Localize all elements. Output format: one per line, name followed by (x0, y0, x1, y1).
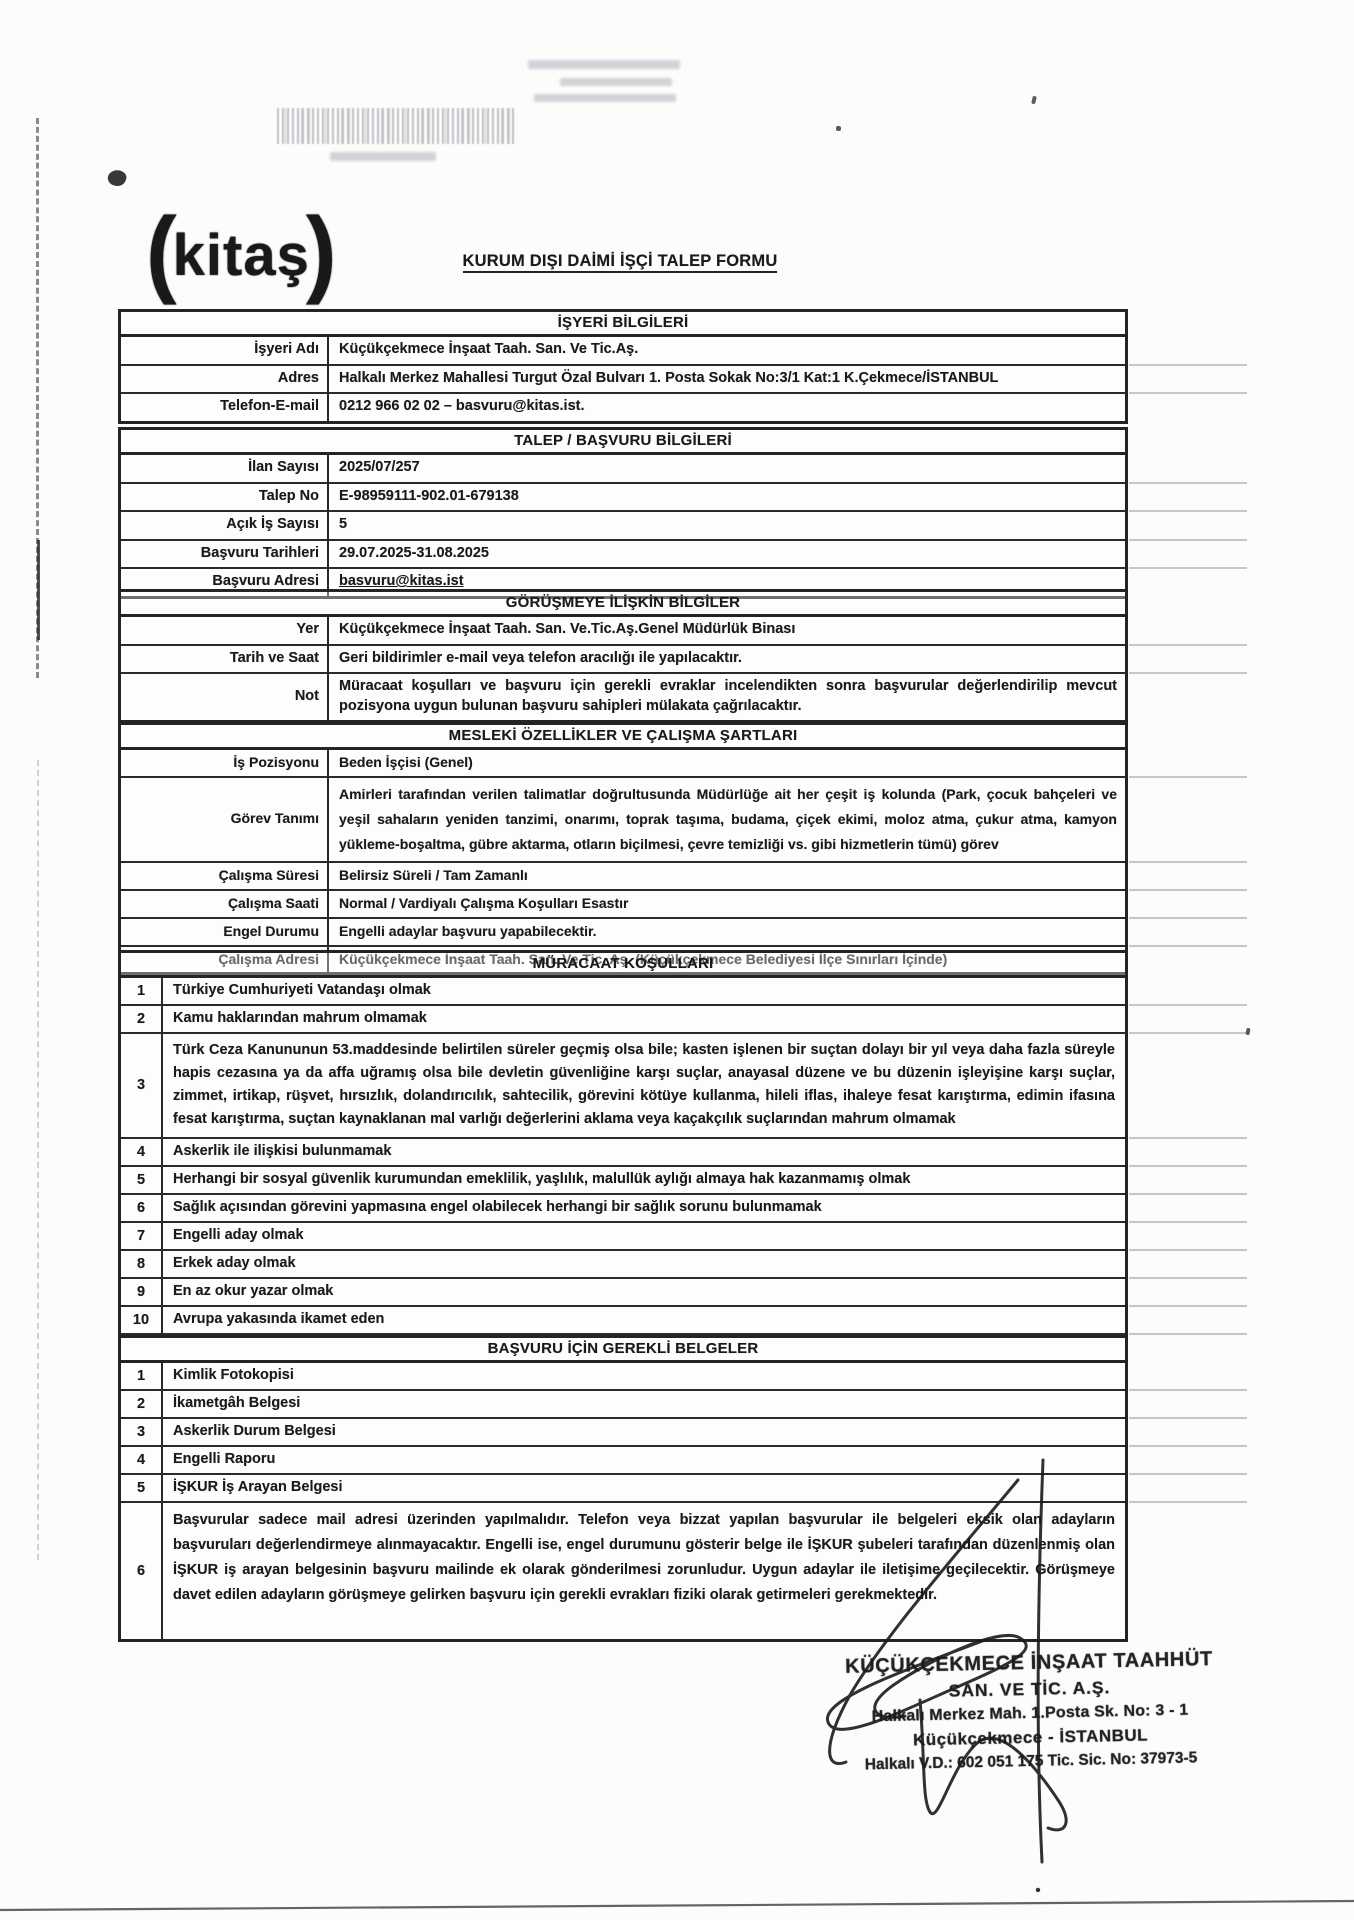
condition-text: Askerlik ile ilişkisi bulunmamak (163, 1139, 1125, 1165)
form-row-gorev-tanimi: Görev Tanımı Amirleri tarafından verilen… (121, 778, 1125, 863)
row-number: 1 (121, 1363, 163, 1389)
ink-speck (836, 126, 841, 131)
row-label: Çalışma Süresi (121, 863, 329, 889)
condition-row: 6 Sağlık açısından görevini yapmasına en… (121, 1195, 1125, 1223)
row-label: Engel Durumu (121, 919, 329, 945)
form-row-talep-no: Talep No E-98959111-902.01-679138 (121, 484, 1125, 513)
row-value: Müracaat koşulları ve başvuru için gerek… (329, 674, 1125, 720)
row-value: Geri bildirimler e-mail veya telefon ara… (329, 646, 1125, 673)
row-number: 9 (121, 1279, 163, 1305)
barcode-faint (277, 108, 517, 144)
row-number: 8 (121, 1251, 163, 1277)
row-number: 2 (121, 1006, 163, 1032)
section-header-isyeri-bilgileri: İŞYERİ BİLGİLERİ (121, 312, 1125, 337)
scan-edge-marks (37, 760, 39, 1560)
row-label: Başvuru Tarihleri (121, 541, 329, 568)
condition-text: Avrupa yakasında ikamet eden (163, 1307, 1125, 1333)
row-label: İşyeri Adı (121, 337, 329, 364)
condition-row: 1 Türkiye Cumhuriyeti Vatandaşı olmak (121, 978, 1125, 1006)
form-row-engel-durumu: Engel Durumu Engelli adaylar başvuru yap… (121, 919, 1125, 947)
faded-stamp-text-line (560, 78, 672, 86)
form-row-acik-is-sayisi: Açık İş Sayısı 5 (121, 512, 1125, 541)
document-text: İkametgâh Belgesi (163, 1391, 1125, 1417)
form-row-isyeri-adi: İşyeri Adı Küçükçekmece İnşaat Taah. San… (121, 337, 1125, 366)
scanned-document-page: ( kitaş ) KURUM DIŞI DAİMİ İŞÇİ TALEP FO… (0, 0, 1354, 1920)
row-number: 6 (121, 1503, 163, 1639)
form-row-ilan-sayisi: İlan Sayısı 2025/07/257 (121, 455, 1125, 484)
table-gorusme-bilgileri: GÖRÜŞMEYE İLİŞKİN BİLGİLER Yer Küçükçekm… (118, 589, 1128, 723)
condition-row: 9 En az okur yazar olmak (121, 1279, 1125, 1307)
row-value: Halkalı Merkez Mahallesi Turgut Özal Bul… (329, 366, 1125, 393)
condition-text: Erkek aday olmak (163, 1251, 1125, 1277)
section-header-basvuru-belgeleri: BAŞVURU İÇİN GEREKLİ BELGELER (121, 1335, 1125, 1363)
row-label: Telefon-E-mail (121, 394, 329, 421)
row-number: 5 (121, 1167, 163, 1193)
condition-text: Türkiye Cumhuriyeti Vatandaşı olmak (163, 978, 1125, 1004)
row-number: 1 (121, 978, 163, 1004)
row-value: Normal / Vardiyalı Çalışma Koşulları Esa… (329, 891, 1125, 917)
section-header-gorusme: GÖRÜŞMEYE İLİŞKİN BİLGİLER (121, 592, 1125, 617)
row-value: Küçükçekmece İnşaat Taah. San. Ve.Tic.Aş… (329, 617, 1125, 644)
row-label: Açık İş Sayısı (121, 512, 329, 539)
form-row-not: Not Müracaat koşulları ve başvuru için g… (121, 674, 1125, 720)
row-value: Amirleri tarafından verilen talimatlar d… (329, 778, 1125, 861)
form-row-yer: Yer Küçükçekmece İnşaat Taah. San. Ve.Ti… (121, 617, 1125, 646)
condition-row: 4 Askerlik ile ilişkisi bulunmamak (121, 1139, 1125, 1167)
row-value: E-98959111-902.01-679138 (329, 484, 1125, 511)
row-number: 2 (121, 1391, 163, 1417)
row-number: 4 (121, 1447, 163, 1473)
row-label: Tarih ve Saat (121, 646, 329, 673)
condition-text: Kamu haklarından mahrum olmamak (163, 1006, 1125, 1032)
row-value: Engelli adaylar başvuru yapabilecektir. (329, 919, 1125, 945)
row-label: Adres (121, 366, 329, 393)
scan-edge-marks (37, 540, 40, 640)
condition-text: En az okur yazar olmak (163, 1279, 1125, 1305)
faded-stamp-text-line (534, 94, 676, 102)
condition-row: 2 Kamu haklarından mahrum olmamak (121, 1006, 1125, 1034)
row-value: 5 (329, 512, 1125, 539)
form-row-calisma-saati: Çalışma Saati Normal / Vardiyalı Çalışma… (121, 891, 1125, 919)
condition-row: 10 Avrupa yakasında ikamet eden (121, 1307, 1125, 1335)
condition-row: 5 Herhangi bir sosyal güvenlik kurumunda… (121, 1167, 1125, 1195)
ink-speck (1031, 96, 1037, 105)
condition-row: 8 Erkek aday olmak (121, 1251, 1125, 1279)
table-talep-basvuru-bilgileri: TALEP / BAŞVURU BİLGİLERİ İlan Sayısı 20… (118, 427, 1128, 599)
form-title: KURUM DIŞI DAİMİ İŞÇİ TALEP FORMU (118, 252, 1122, 271)
form-row-basvuru-tarihleri: Başvuru Tarihleri 29.07.2025-31.08.2025 (121, 541, 1125, 570)
row-label: İlan Sayısı (121, 455, 329, 482)
row-number: 3 (121, 1419, 163, 1445)
row-value: 29.07.2025-31.08.2025 (329, 541, 1125, 568)
ink-blob (106, 167, 128, 188)
document-text: Kimlik Fotokopisi (163, 1363, 1125, 1389)
form-row-adres: Adres Halkalı Merkez Mahallesi Turgut Öz… (121, 366, 1125, 395)
row-number: 10 (121, 1307, 163, 1333)
faded-stamp-text-line (330, 152, 436, 161)
form-row-telefon-email: Telefon-E-mail 0212 966 02 02 – basvuru@… (121, 394, 1125, 421)
table-isyeri-bilgileri: İŞYERİ BİLGİLERİ İşyeri Adı Küçükçekmece… (118, 309, 1128, 424)
section-header-muracaat-kosullari: MÜRACAAT KOŞULLARI (121, 953, 1125, 978)
row-value: Küçükçekmece İnşaat Taah. San. Ve Tic.Aş… (329, 337, 1125, 364)
form-row-is-pozisyonu: İş Pozisyonu Beden İşçisi (Genel) (121, 750, 1125, 778)
row-number: 6 (121, 1195, 163, 1221)
table-mesleki-ozellikler: MESLEKİ ÖZELLİKLER VE ÇALIŞMA ŞARTLARI İ… (118, 722, 1128, 975)
section-header-talep-basvuru: TALEP / BAŞVURU BİLGİLERİ (121, 430, 1125, 455)
condition-text: Herhangi bir sosyal güvenlik kurumundan … (163, 1167, 1125, 1193)
row-label: Not (121, 674, 329, 720)
row-value: 0212 966 02 02 – basvuru@kitas.ist. (329, 394, 1125, 421)
condition-row: 7 Engelli aday olmak (121, 1223, 1125, 1251)
condition-text: Sağlık açısından görevini yapmasına enge… (163, 1195, 1125, 1221)
form-row-tarih-ve-saat: Tarih ve Saat Geri bildirimler e-mail ve… (121, 646, 1125, 675)
document-row: 1 Kimlik Fotokopisi (121, 1363, 1125, 1391)
document-row: 2 İkametgâh Belgesi (121, 1391, 1125, 1419)
signature-scribble (780, 1440, 1160, 1900)
row-number: 5 (121, 1475, 163, 1501)
section-header-mesleki: MESLEKİ ÖZELLİKLER VE ÇALIŞMA ŞARTLARI (121, 725, 1125, 750)
row-value: Beden İşçisi (Genel) (329, 750, 1125, 776)
condition-text: Engelli aday olmak (163, 1223, 1125, 1249)
row-label: İş Pozisyonu (121, 750, 329, 776)
row-number: 7 (121, 1223, 163, 1249)
row-label: Çalışma Saati (121, 891, 329, 917)
scan-bottom-edge-line (0, 1894, 1354, 1914)
row-value: 2025/07/257 (329, 455, 1125, 482)
form-row-calisma-suresi: Çalışma Süresi Belirsiz Süreli / Tam Zam… (121, 863, 1125, 891)
row-value: Belirsiz Süreli / Tam Zamanlı (329, 863, 1125, 889)
condition-row: 3 Türk Ceza Kanununun 53.maddesinde beli… (121, 1034, 1125, 1139)
faded-stamp-text-line (528, 60, 680, 69)
row-number: 4 (121, 1139, 163, 1165)
condition-text: Türk Ceza Kanununun 53.maddesinde belirt… (163, 1034, 1125, 1137)
row-label: Talep No (121, 484, 329, 511)
row-label: Yer (121, 617, 329, 644)
row-number: 3 (121, 1034, 163, 1137)
row-label: Görev Tanımı (121, 778, 329, 861)
